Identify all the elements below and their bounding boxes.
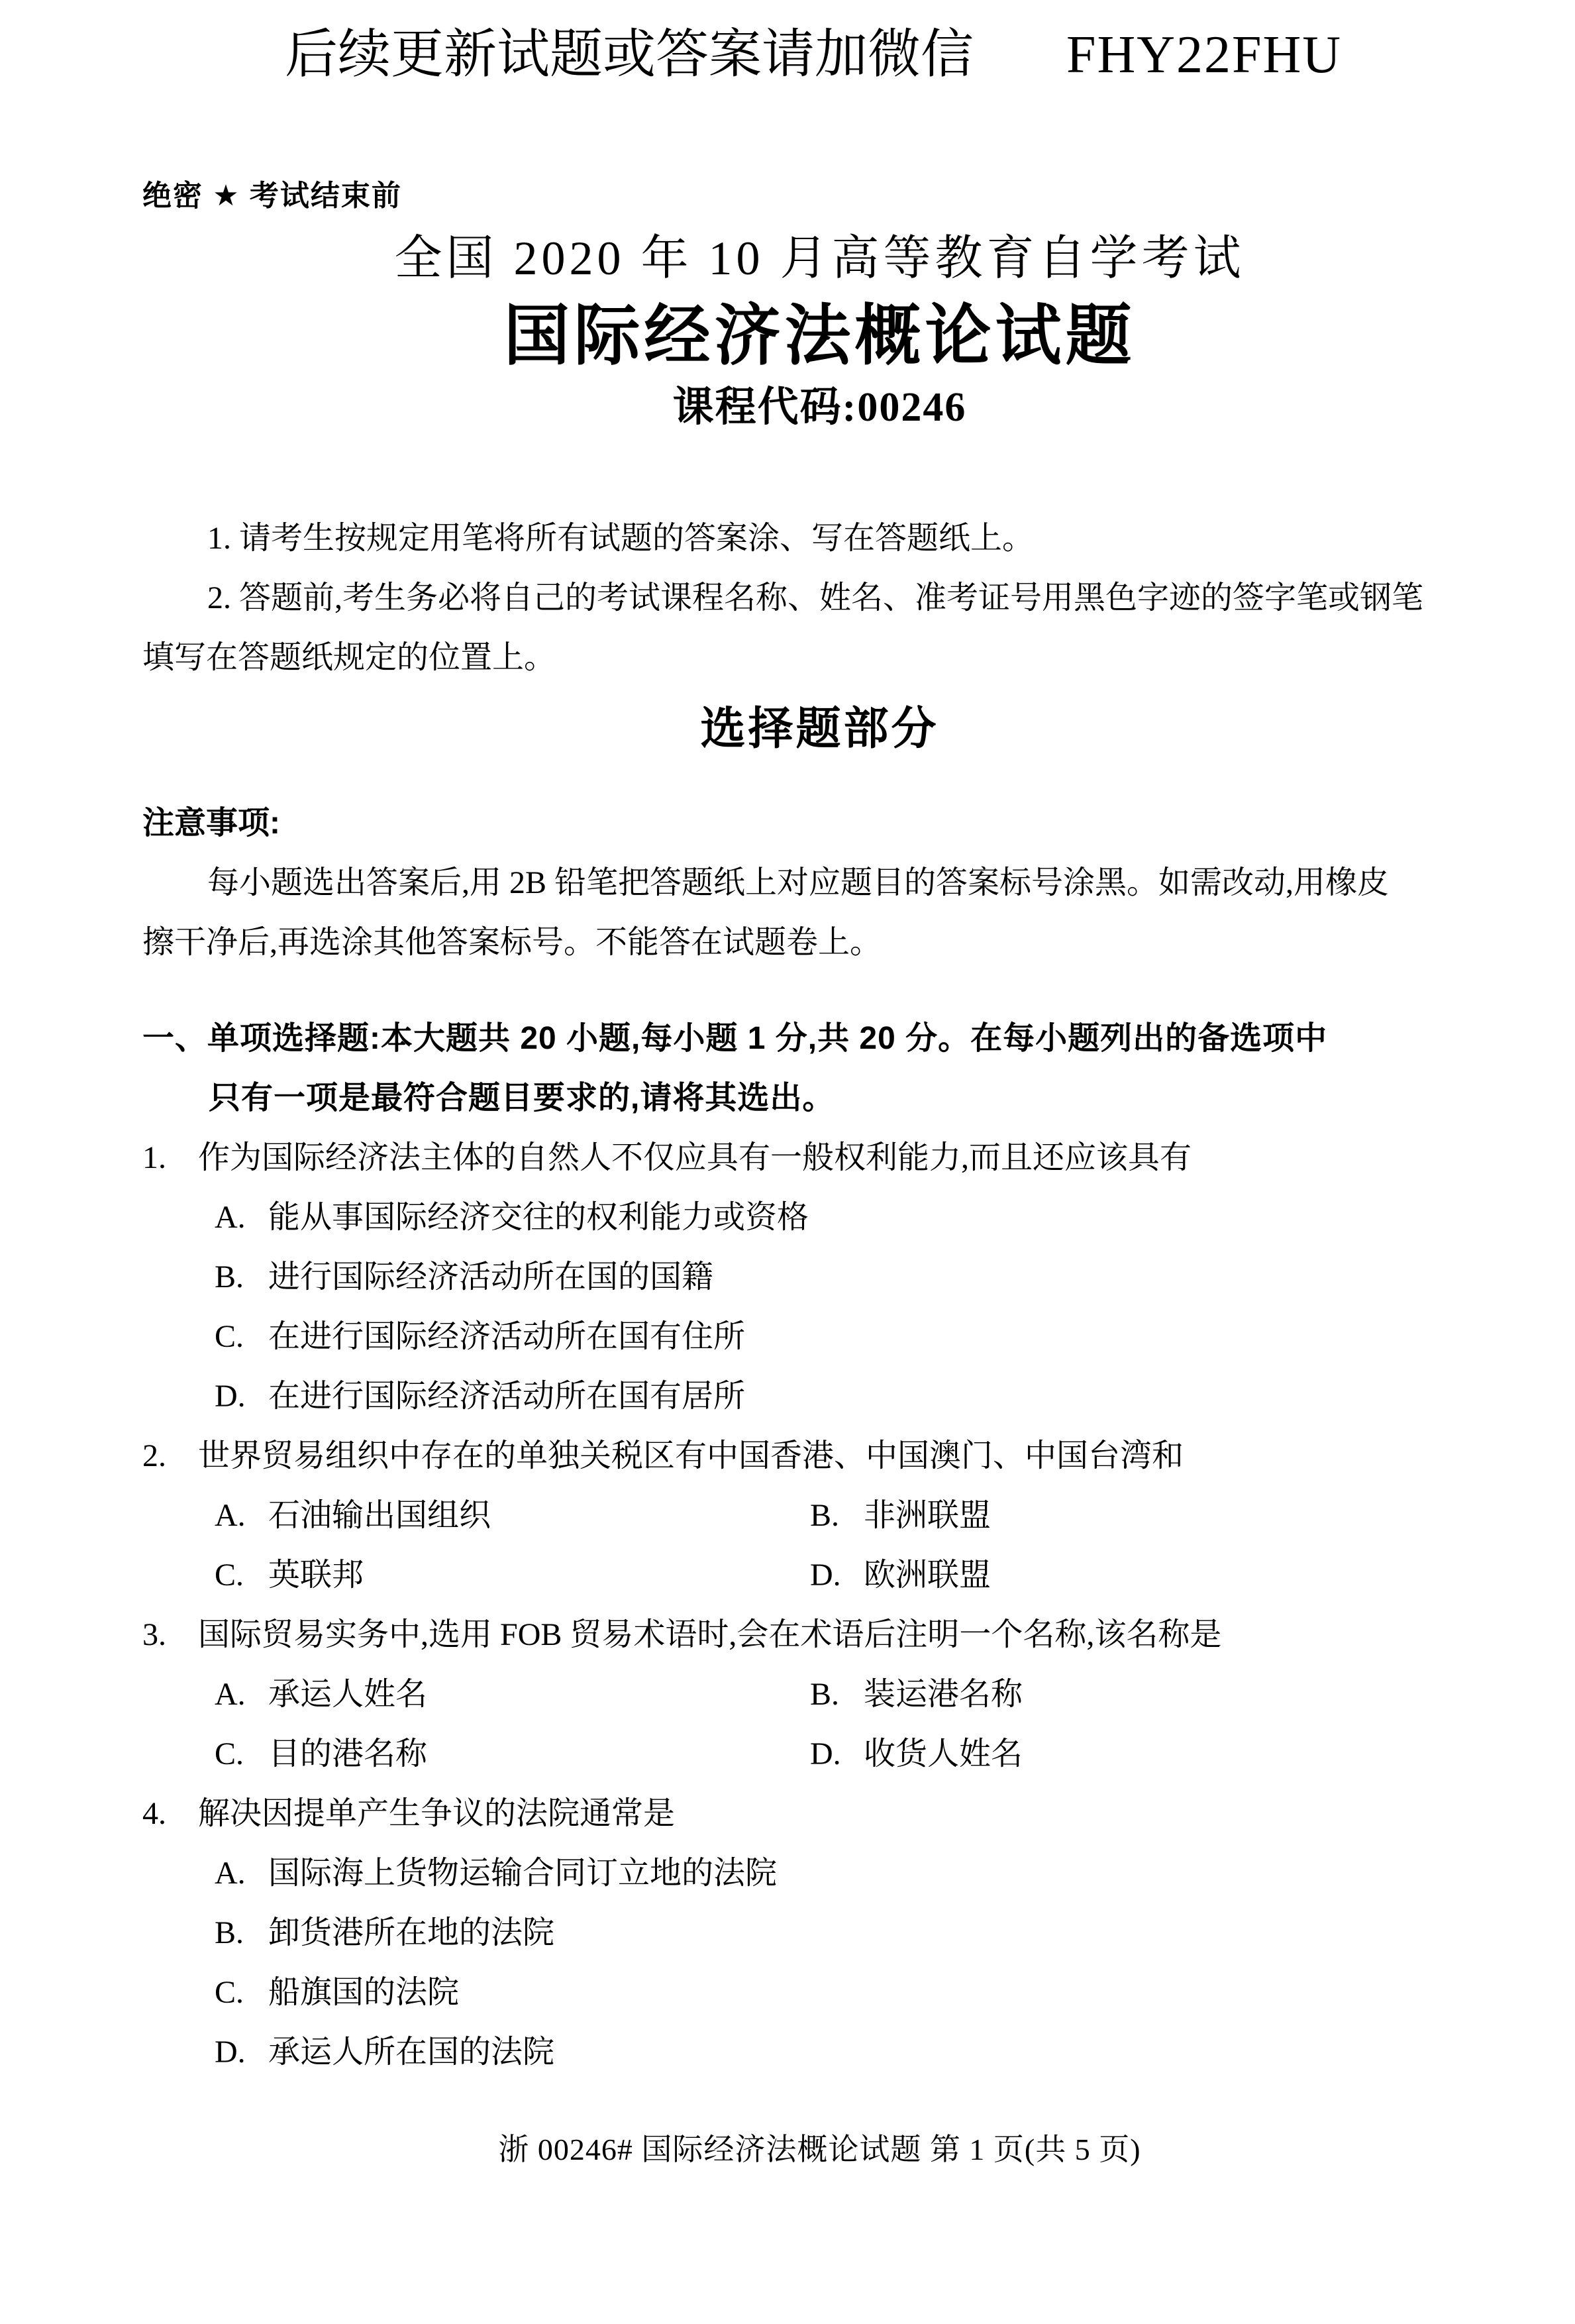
question-4-stem: 4.解决因提单产生争议的法院通常是 xyxy=(142,1784,1497,1844)
question-1-number: 1. xyxy=(142,1128,198,1188)
question-4-option-c: C.船旗国的法院 xyxy=(215,1963,1497,2023)
section-title: 选择题部分 xyxy=(142,696,1497,762)
question-4-option-b: B.卸货港所在地的法院 xyxy=(215,1903,1497,1963)
watermark-line: 后续更新试题或答案请加微信FHY22FHU xyxy=(285,19,1497,91)
option-text: 卸货港所在地的法院 xyxy=(268,1915,554,1950)
question-1-stem: 1.作为国际经济法主体的自然人不仅应具有一般权利能力,而且还应该具有 xyxy=(142,1128,1497,1188)
question-4-option-a: A.国际海上货物运输合同订立地的法院 xyxy=(215,1844,1497,1903)
part-one-heading-line-2: 只有一项是最符合题目要求的,请将其选出。 xyxy=(209,1069,1497,1128)
question-3-number: 3. xyxy=(142,1605,198,1665)
question-3-options-row-2: C.目的港名称 D.收货人姓名 xyxy=(215,1724,1497,1784)
option-label: B. xyxy=(215,1903,268,1963)
question-3-option-c: C.目的港名称 xyxy=(215,1724,810,1784)
question-3-option-b: B.装运港名称 xyxy=(810,1665,1497,1724)
paper-title: 国际经济法概论试题 xyxy=(142,291,1497,381)
option-label: C. xyxy=(215,1963,268,2023)
option-label: D. xyxy=(810,1724,864,1784)
question-2-option-c: C.英联邦 xyxy=(215,1546,810,1605)
question-1-option-a: A.能从事国际经济交往的权利能力或资格 xyxy=(215,1188,1497,1247)
notes-line-1: 每小题选出答案后,用 2B 铅笔把答题纸上对应题目的答案标号涂黑。如需改动,用橡… xyxy=(142,853,1497,913)
option-text: 英联邦 xyxy=(268,1558,364,1593)
question-4: 4.解决因提单产生争议的法院通常是 A.国际海上货物运输合同订立地的法院 B.卸… xyxy=(142,1784,1497,2082)
option-label: A. xyxy=(215,1665,268,1724)
question-3-text: 国际贸易实务中,选用 FOB 贸易术语时,会在术语后注明一个名称,该名称是 xyxy=(198,1617,1221,1652)
part-one-heading-line-1: 一、单项选择题:本大题共 20 小题,每小题 1 分,共 20 分。在每小题列出… xyxy=(142,1009,1497,1069)
option-text: 能从事国际经济交往的权利能力或资格 xyxy=(268,1200,809,1235)
option-label: D. xyxy=(215,2023,268,2082)
question-1: 1.作为国际经济法主体的自然人不仅应具有一般权利能力,而且还应该具有 A.能从事… xyxy=(142,1128,1497,1426)
question-2-stem: 2.世界贸易组织中存在的单独关税区有中国香港、中国澳门、中国台湾和 xyxy=(142,1426,1497,1486)
option-text: 船旗国的法院 xyxy=(268,1975,459,2010)
option-text: 非洲联盟 xyxy=(864,1498,991,1533)
watermark-text: 后续更新试题或答案请加微信 xyxy=(285,26,974,84)
question-1-option-c: C.在进行国际经济活动所在国有住所 xyxy=(215,1307,1497,1367)
question-3-stem: 3.国际贸易实务中,选用 FOB 贸易术语时,会在术语后注明一个名称,该名称是 xyxy=(142,1605,1497,1665)
question-2-option-b: B.非洲联盟 xyxy=(810,1486,1497,1546)
option-label: A. xyxy=(215,1844,268,1903)
option-text: 进行国际经济活动所在国的国籍 xyxy=(268,1259,713,1294)
option-text: 承运人姓名 xyxy=(268,1677,427,1712)
option-label: C. xyxy=(215,1724,268,1784)
option-text: 石油输出国组织 xyxy=(268,1498,491,1533)
option-text: 装运港名称 xyxy=(864,1677,1023,1712)
question-2-option-a: A.石油输出国组织 xyxy=(215,1486,810,1546)
question-2-options-row-1: A.石油输出国组织 B.非洲联盟 xyxy=(215,1486,1497,1546)
question-2-number: 2. xyxy=(142,1426,198,1486)
option-text: 在进行国际经济活动所在国有居所 xyxy=(268,1379,745,1414)
question-3: 3.国际贸易实务中,选用 FOB 贸易术语时,会在术语后注明一个名称,该名称是 … xyxy=(142,1605,1497,1784)
question-2: 2.世界贸易组织中存在的单独关税区有中国香港、中国澳门、中国台湾和 A.石油输出… xyxy=(142,1426,1497,1605)
question-3-option-a: A.承运人姓名 xyxy=(215,1665,810,1724)
instruction-line-2-continued: 填写在答题纸规定的位置上。 xyxy=(142,628,1497,688)
option-text: 在进行国际经济活动所在国有住所 xyxy=(268,1319,745,1354)
part-one-heading: 一、单项选择题:本大题共 20 小题,每小题 1 分,共 20 分。在每小题列出… xyxy=(142,1009,1497,1128)
question-1-option-b: B.进行国际经济活动所在国的国籍 xyxy=(215,1247,1497,1307)
instruction-line-1: 1. 请考生按规定用笔将所有试题的答案涂、写在答题纸上。 xyxy=(142,509,1497,568)
question-3-options-row-1: A.承运人姓名 B.装运港名称 xyxy=(215,1665,1497,1724)
option-label: C. xyxy=(215,1546,268,1605)
exam-session-title: 全国 2020 年 10 月高等教育自学考试 xyxy=(142,225,1497,291)
course-code: 课程代码:00246 xyxy=(142,381,1497,434)
option-text: 目的港名称 xyxy=(268,1736,427,1771)
option-text: 国际海上货物运输合同订立地的法院 xyxy=(268,1856,777,1891)
security-label: 绝密 ★ 考试结束前 xyxy=(142,179,1497,213)
exam-page: 后续更新试题或答案请加微信FHY22FHU 绝密 ★ 考试结束前 全国 2020… xyxy=(0,19,1575,2170)
option-label: B. xyxy=(215,1247,268,1307)
notes-line-2: 擦干净后,再选涂其他答案标号。不能答在试题卷上。 xyxy=(142,913,1497,973)
question-1-text: 作为国际经济法主体的自然人不仅应具有一般权利能力,而且还应该具有 xyxy=(198,1140,1192,1175)
option-label: C. xyxy=(215,1307,268,1367)
watermark-wechat-code: FHY22FHU xyxy=(1066,26,1342,84)
page-footer: 浙 00246# 国际经济法概论试题 第 1 页(共 5 页) xyxy=(142,2130,1497,2170)
option-label: A. xyxy=(215,1188,268,1247)
question-2-options-row-2: C.英联邦 D.欧洲联盟 xyxy=(215,1546,1497,1605)
question-4-text: 解决因提单产生争议的法院通常是 xyxy=(198,1796,675,1831)
option-label: A. xyxy=(215,1486,268,1546)
instruction-line-2: 2. 答题前,考生务必将自己的考试课程名称、姓名、准考证号用黑色字迹的签字笔或钢… xyxy=(142,568,1497,628)
general-instructions: 1. 请考生按规定用笔将所有试题的答案涂、写在答题纸上。 2. 答题前,考生务必… xyxy=(142,509,1497,688)
option-label: D. xyxy=(215,1367,268,1426)
option-text: 欧洲联盟 xyxy=(864,1558,991,1593)
option-label: B. xyxy=(810,1486,864,1546)
questions-list: 1.作为国际经济法主体的自然人不仅应具有一般权利能力,而且还应该具有 A.能从事… xyxy=(142,1128,1497,2082)
question-2-text: 世界贸易组织中存在的单独关税区有中国香港、中国澳门、中国台湾和 xyxy=(198,1438,1184,1473)
question-2-option-d: D.欧洲联盟 xyxy=(810,1546,1497,1605)
question-4-number: 4. xyxy=(142,1784,198,1844)
question-4-option-d: D.承运人所在国的法院 xyxy=(215,2023,1497,2082)
option-text: 收货人姓名 xyxy=(864,1736,1023,1771)
option-text: 承运人所在国的法院 xyxy=(268,2034,554,2070)
option-label: B. xyxy=(810,1665,864,1724)
notes-label: 注意事项: xyxy=(142,794,1497,853)
question-3-option-d: D.收货人姓名 xyxy=(810,1724,1497,1784)
question-1-option-d: D.在进行国际经济活动所在国有居所 xyxy=(215,1367,1497,1426)
option-label: D. xyxy=(810,1546,864,1605)
